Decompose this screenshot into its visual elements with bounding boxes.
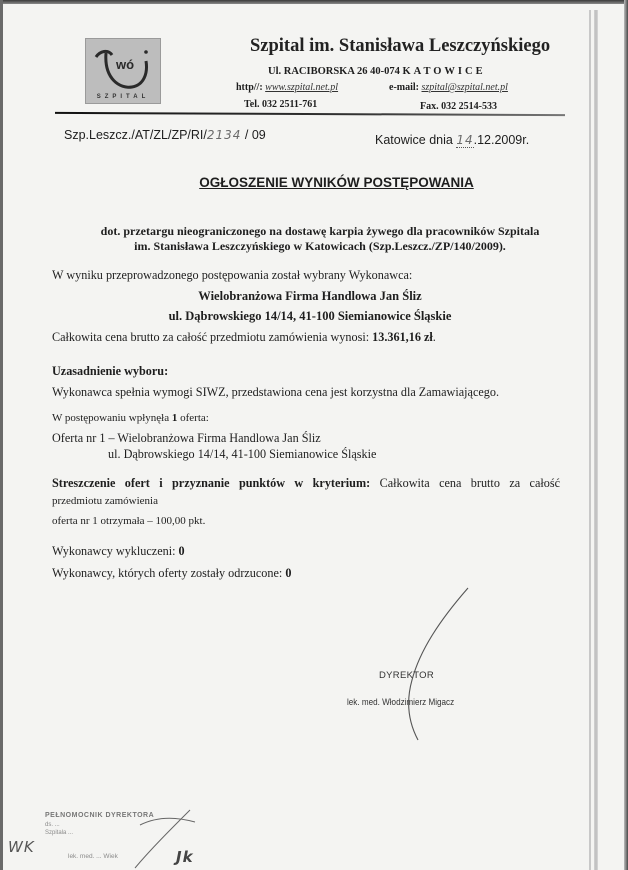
stamp-line-4: lek. med. ... Wiek <box>68 853 118 860</box>
stamp-line-1: PEŁNOMOCNIK DYREKTORA <box>45 812 154 819</box>
signature-stroke <box>0 0 628 870</box>
stamp-line-3: Szpitala ... <box>45 830 73 836</box>
signature-title: DYREKTOR <box>379 670 434 681</box>
handwritten-initials-right: Jk <box>176 848 194 866</box>
stamp-line-2: ds. ... <box>45 822 60 828</box>
handwritten-initials-left: WK <box>8 838 35 856</box>
signature-name: lek. med. Włodzimierz Migacz <box>347 697 454 707</box>
